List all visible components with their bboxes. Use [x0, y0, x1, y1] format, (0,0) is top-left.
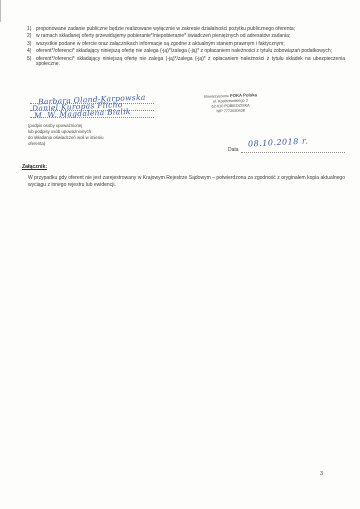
- item-number: 2): [27, 34, 36, 39]
- scan-edge-artifact: [0, 0, 1, 22]
- date-dotted-line: [241, 152, 345, 153]
- attachment-heading: Załącznik:: [22, 164, 47, 170]
- declaration-item: 4) oferent*/oferenci* składający niniejs…: [27, 49, 345, 54]
- scanned-document-page: 1) proponowane zadanie publiczne będzie …: [0, 0, 360, 509]
- attachment-text: W przypadku gdy oferent nie jest zarejes…: [28, 175, 345, 188]
- signatures-caption: (podpis osoby upoważnionej lub podpisy o…: [28, 123, 103, 147]
- page-number: 3: [320, 471, 323, 477]
- declaration-item: 5) oferent*/oferenci* składający niniejs…: [27, 57, 345, 67]
- handwritten-date: 08.10.2018 r.: [248, 136, 309, 148]
- item-number: 3): [27, 42, 36, 47]
- stamp-org-title: FOKA Polska: [230, 92, 257, 98]
- item-text: oferent*/oferenci* składający niniejszą …: [36, 49, 345, 54]
- item-text: proponowane zadanie publiczne będzie rea…: [36, 27, 345, 32]
- item-number: 1): [27, 27, 36, 32]
- item-number: 5): [27, 57, 36, 67]
- signature-line-3: [30, 117, 154, 118]
- item-number: 4): [27, 49, 36, 54]
- caption-line: oferenta): [28, 141, 103, 147]
- organization-stamp: Stowarzyszenie FOKA Polska ul. Kostrzews…: [183, 93, 278, 115]
- item-text: oferent*/oferenci* składający niniejszą …: [36, 57, 345, 67]
- declaration-item: 2) w ramach składanej oferty przewidujem…: [27, 34, 345, 39]
- date-label: Data: [228, 147, 239, 153]
- declarations-list: 1) proponowane zadanie publiczne będzie …: [27, 27, 345, 69]
- declaration-item: 3) wszystkie podane w ofercie oraz załąc…: [27, 42, 345, 47]
- stamp-nip: NIP 7772020438: [183, 107, 278, 114]
- item-text: w ramach składanej oferty przewidujemy p…: [36, 34, 345, 39]
- item-text: wszystkie podane w ofercie oraz załączni…: [36, 42, 345, 47]
- stamp-org-prefix: Stowarzyszenie: [204, 94, 229, 99]
- declaration-item: 1) proponowane zadanie publiczne będzie …: [27, 27, 345, 32]
